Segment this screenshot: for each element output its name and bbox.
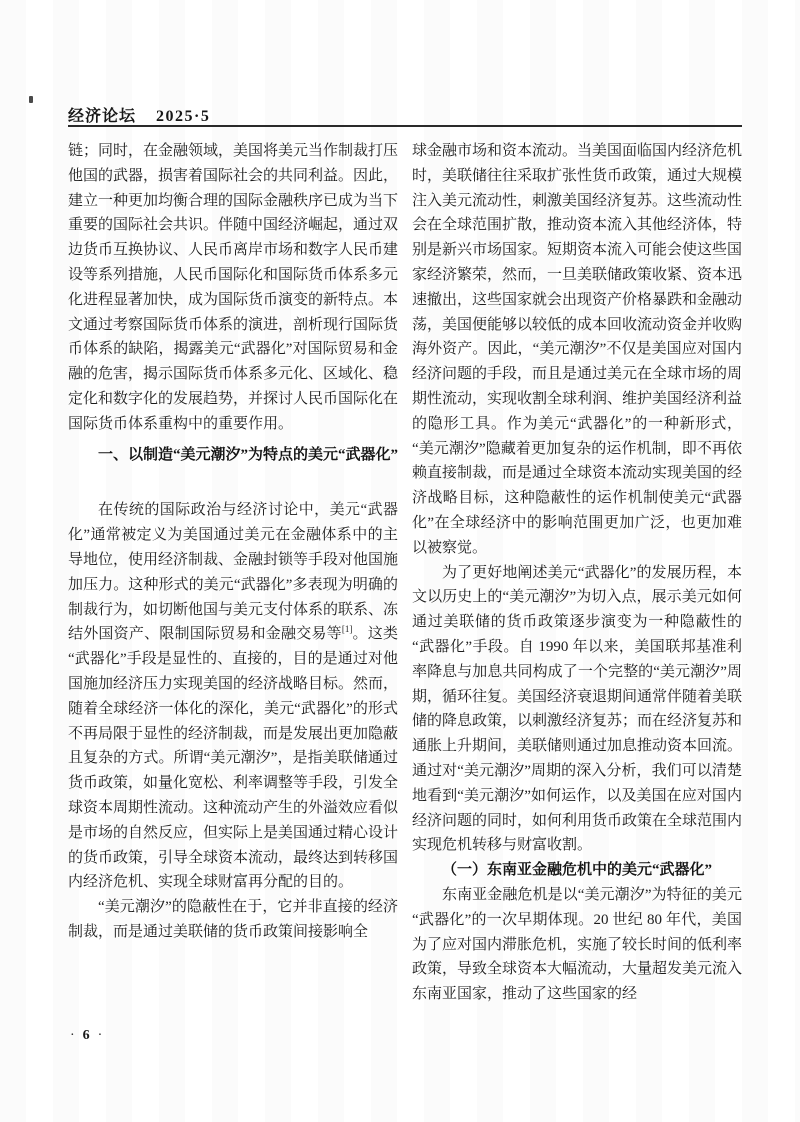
paragraph-dollar-tide-continued: 球金融市场和资本流动。当美国面临国内经济危机时，美联储往往采取扩张性货币政策，通… xyxy=(412,139,742,561)
footnote-ref-1: [1] xyxy=(342,624,353,634)
paragraph-hidden-nature: “美元潮汐”的隐蔽性在于，它并非直接的经济制裁，而是通过美联储的货币政策间接影响… xyxy=(68,895,398,945)
paragraph-weaponization-definition: 在传统的国际政治与经济讨论中，美元“武器化”通常被定义为美国通过美元在金融体系中… xyxy=(68,498,398,895)
paragraph-text-before-footnote: 在传统的国际政治与经济讨论中，美元“武器化”通常被定义为美国通过美元在金融体系中… xyxy=(68,502,398,642)
paragraph-intro-continued: 链；同时，在金融领域，美国将美元当作制裁打压他国的武器，损害着国际社会的共同利益… xyxy=(68,139,398,437)
section-heading-1: 一、以制造“美元潮汐”为特点的美元“武器化” xyxy=(68,443,398,468)
journal-page: 经济论坛2025·5 链；同时，在金融领域，美国将美元当作制裁打压他国的武器，损… xyxy=(0,0,800,1122)
page-footer: ·6· xyxy=(70,1028,104,1044)
footer-dot-left: · xyxy=(70,1028,77,1043)
right-column: 球金融市场和资本流动。当美国面临国内经济危机时，美联储往往采取扩张性货币政策，通… xyxy=(412,139,742,1007)
header-rule xyxy=(68,125,742,127)
subsection-heading-1: （一）东南亚金融危机中的美元“武器化” xyxy=(412,858,742,883)
page-number: 6 xyxy=(83,1028,92,1043)
text-columns: 链；同时，在金融领域，美国将美元当作制裁打压他国的武器，损害着国际社会的共同利益… xyxy=(68,139,742,1007)
left-column: 链；同时，在金融领域，美国将美元当作制裁打压他国的武器，损害着国际社会的共同利益… xyxy=(68,139,398,1007)
footer-dot-right: · xyxy=(98,1028,105,1043)
paragraph-history: 为了更好地阐述美元“武器化”的发展历程，本文以历史上的“美元潮汐”为切入点，展示… xyxy=(412,561,742,859)
journal-title: 经济论坛 xyxy=(68,108,136,125)
scan-artifact xyxy=(29,96,33,103)
issue-number: 2025·5 xyxy=(156,108,210,125)
journal-header: 经济论坛2025·5 xyxy=(68,103,742,126)
paragraph-text-after-footnote: 。这类“武器化”手段是显性的、直接的，目的是通过对他国施加经济压力实现美国的经济… xyxy=(68,626,398,890)
paragraph-sea-crisis: 东南亚金融危机是以“美元潮汐”为特征的美元“武器化”的一次早期体现。20 世纪 … xyxy=(412,883,742,1007)
